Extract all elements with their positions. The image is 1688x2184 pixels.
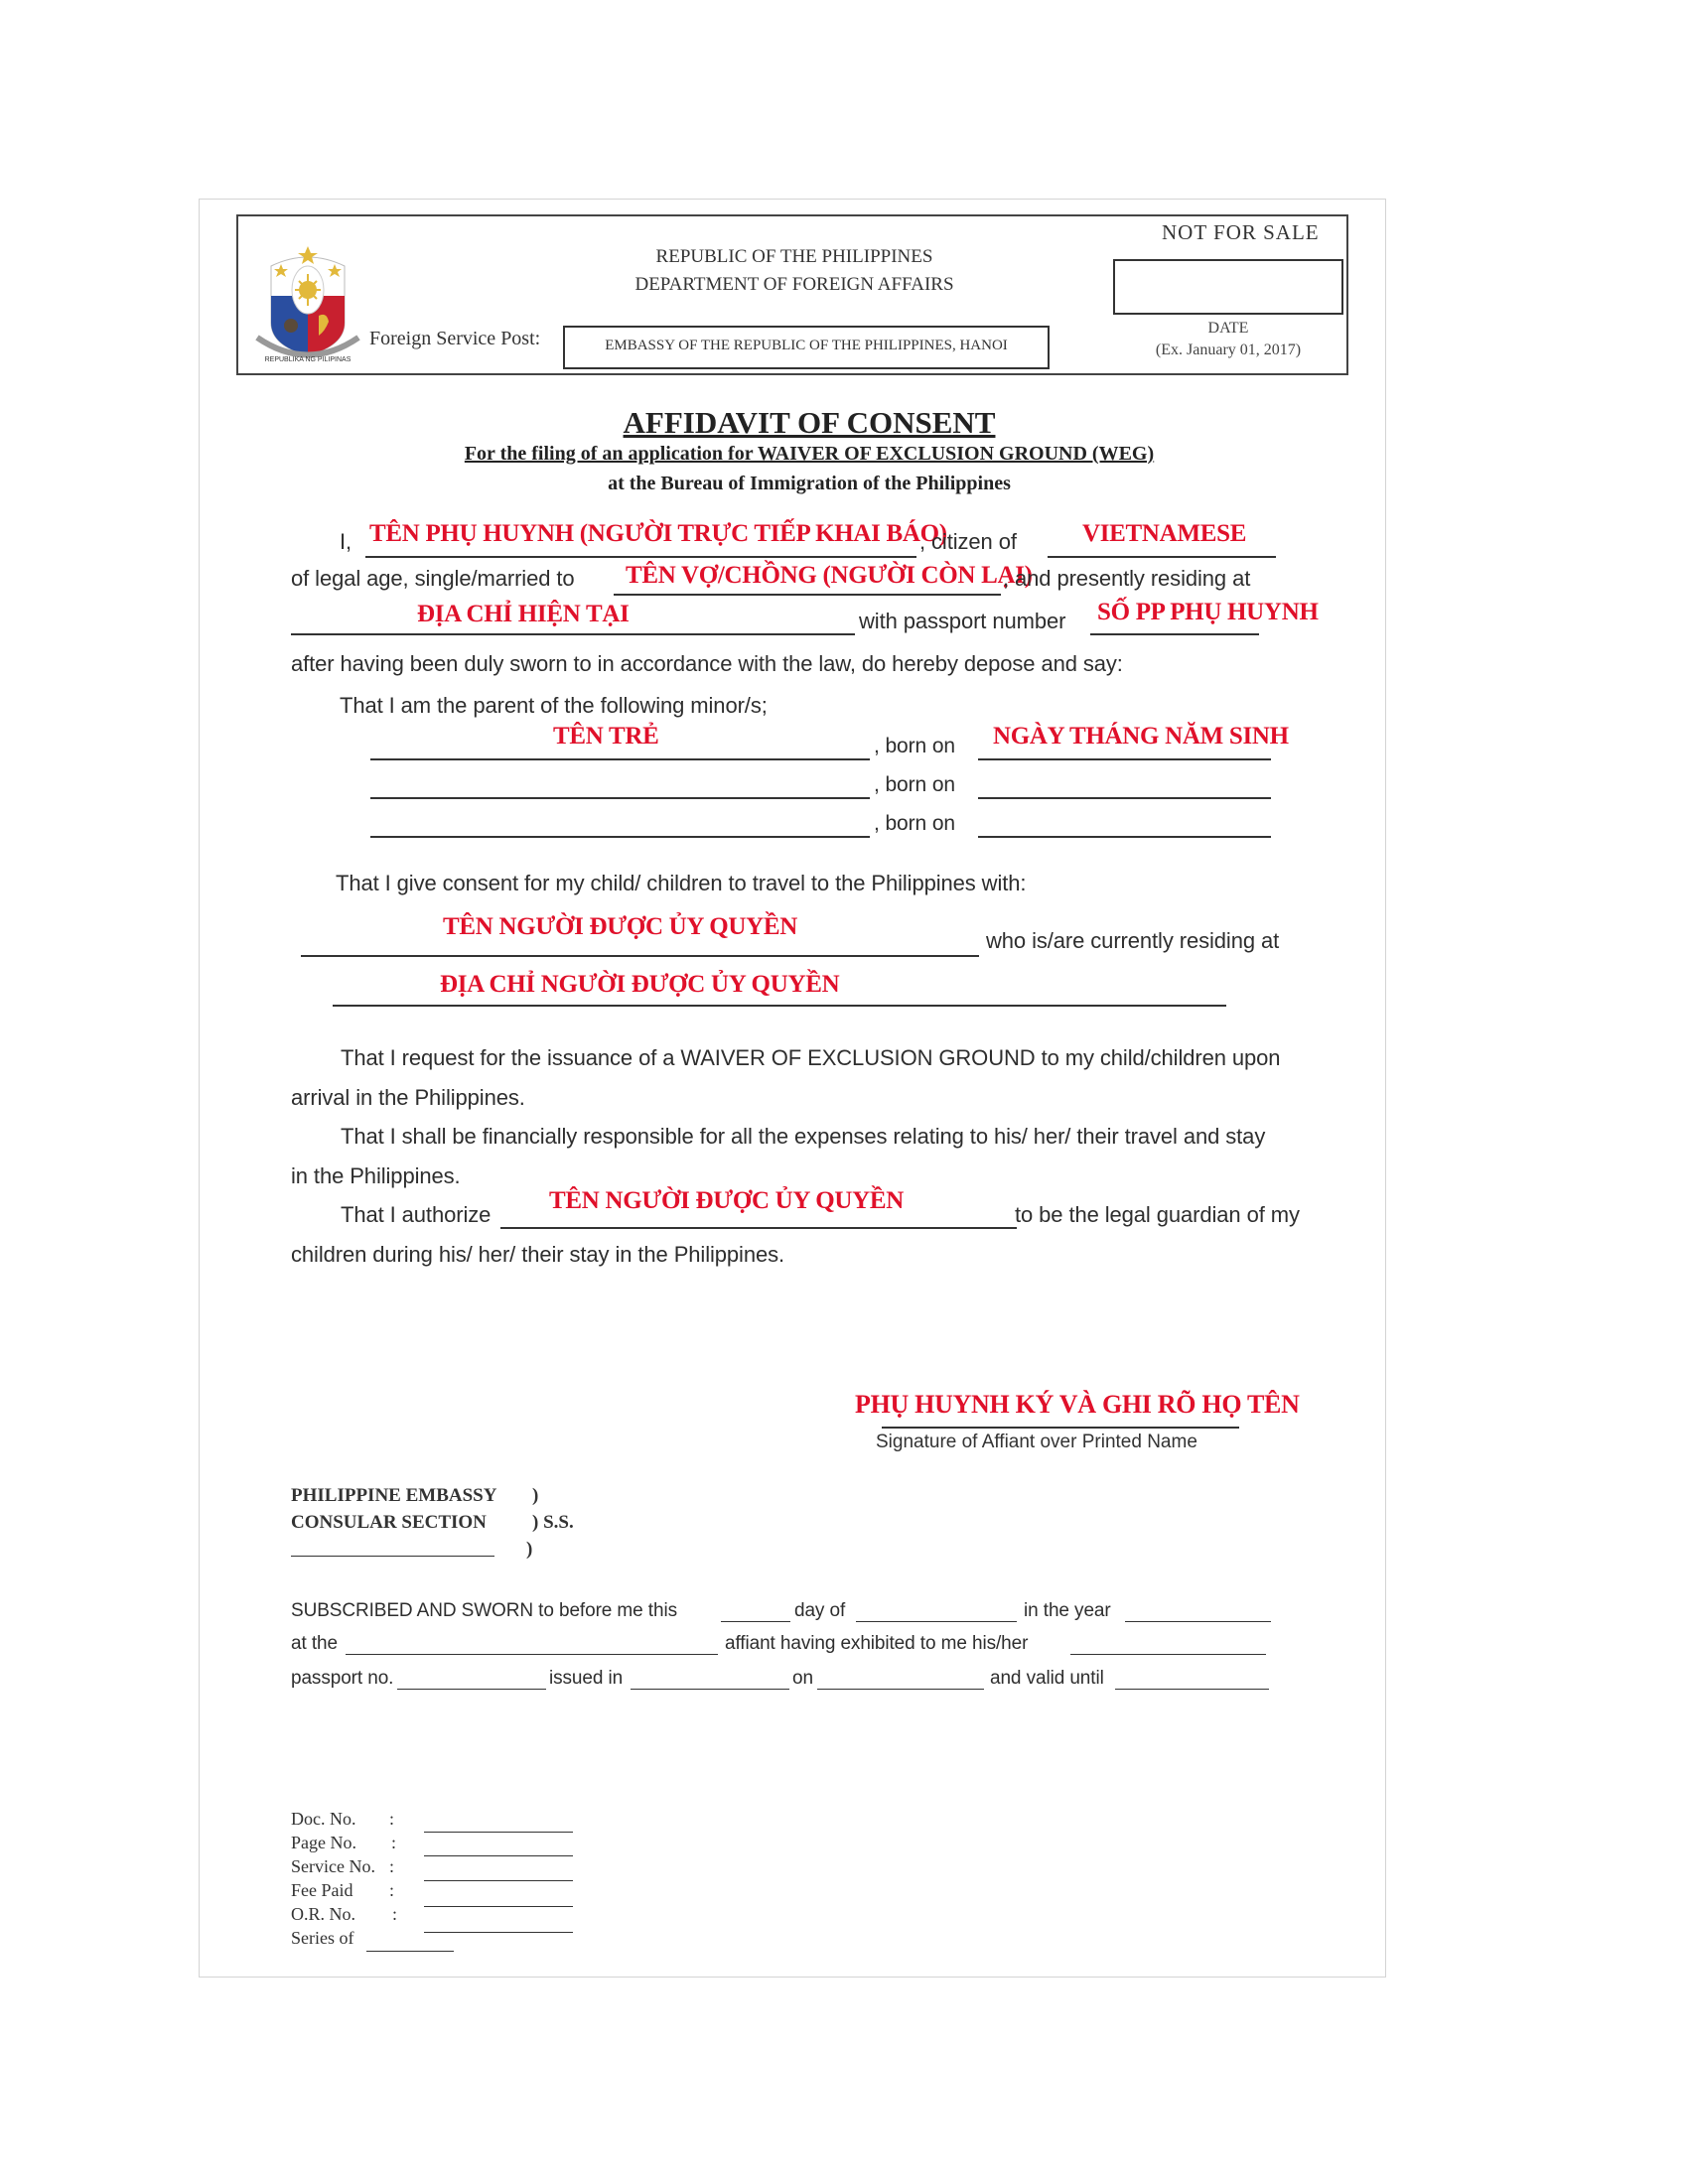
passport-number-label: with passport number	[859, 609, 1065, 634]
svg-text:REPUBLIKA NG PILIPINAS: REPUBLIKA NG PILIPINAS	[265, 356, 352, 363]
notarial-colon: :	[389, 1880, 394, 1901]
notarial-or-no-label: O.R. No.	[291, 1904, 355, 1925]
notarial-fee-paid-label: Fee Paid	[291, 1880, 353, 1901]
consent-intro: That I give consent for my child/ childr…	[336, 871, 1026, 896]
jurat-subscribed-label: SUBSCRIBED AND SWORN to before me this	[291, 1600, 677, 1622]
jurat-valid-until-label: and valid until	[990, 1668, 1104, 1690]
date-field[interactable]	[1113, 259, 1343, 315]
venue-line-2: CONSULAR SECTION	[291, 1512, 487, 1534]
jurat-year-label: in the year	[1024, 1600, 1111, 1622]
notarial-fee-paid-field[interactable]	[424, 1906, 573, 1907]
affiant-prefix: I,	[340, 529, 352, 555]
minor-2-name-line	[370, 797, 870, 799]
guardian-name-line	[500, 1227, 1017, 1229]
header-department: DEPARTMENT OF FOREIGN AFFAIRS	[546, 274, 1043, 296]
jurat-year-field[interactable]	[1125, 1621, 1271, 1622]
citizenship-field[interactable]: VIETNAMESE	[1082, 520, 1246, 548]
companion-address-line	[333, 1005, 1226, 1007]
venue-line-3-mark: )	[526, 1539, 532, 1561]
minor-1-name-field[interactable]: TÊN TRẺ	[553, 723, 659, 751]
jurat-month-field[interactable]	[856, 1621, 1017, 1622]
companion-name-line	[301, 955, 979, 957]
companion-name-field[interactable]: TÊN NGƯỜI ĐƯỢC ỦY QUYỀN	[443, 913, 797, 941]
jurat-issued-in-label: issued in	[549, 1668, 623, 1690]
jurat-valid-until-field[interactable]	[1115, 1689, 1269, 1690]
affiant-name-field[interactable]: TÊN PHỤ HUYNH (NGƯỜI TRỰC TIẾP KHAI BÁO)	[369, 520, 947, 548]
jurat-day-of-label: day of	[794, 1600, 845, 1622]
notarial-doc-no-field[interactable]	[424, 1832, 573, 1833]
minor-3-name-line	[370, 836, 870, 838]
jurat-passport-label: passport no.	[291, 1668, 393, 1690]
financial-paragraph-line-2: in the Philippines.	[291, 1163, 461, 1189]
authorize-paragraph-line-2: children during his/ her/ their stay in …	[291, 1242, 784, 1268]
citizenship-line	[1048, 556, 1276, 558]
minor-3-dob-line	[978, 836, 1271, 838]
venue-line-1-mark: )	[532, 1485, 538, 1507]
address-field[interactable]: ĐỊA CHỈ HIỆN TẠI	[417, 601, 630, 628]
notarial-doc-no-label: Doc. No.	[291, 1809, 356, 1830]
sworn-statement: after having been duly sworn to in accor…	[291, 651, 1123, 677]
companion-residing-label: who is/are currently residing at	[986, 928, 1279, 954]
citizen-of-label: , citizen of	[919, 529, 1017, 555]
signature-field[interactable]: PHỤ HUYNH KÝ VÀ GHI RÕ HỌ TÊN	[855, 1390, 1300, 1420]
minor-3-born-label: , born on	[874, 812, 955, 836]
venue-line-3-blank[interactable]	[291, 1556, 494, 1557]
notarial-service-no-field[interactable]	[424, 1880, 573, 1881]
signature-line	[882, 1427, 1239, 1429]
foreign-service-post-value: EMBASSY OF THE REPUBLIC OF THE PHILIPPIN…	[565, 338, 1048, 354]
residing-at-label: , and presently residing at	[1003, 566, 1250, 592]
document-subtitle-2: at the Bureau of Immigration of the Phil…	[0, 473, 1618, 495]
married-to-label: of legal age, single/married to	[291, 566, 575, 592]
minor-1-dob-field[interactable]: NGÀY THÁNG NĂM SINH	[993, 723, 1289, 751]
notarial-colon: :	[391, 1833, 396, 1853]
date-label: DATE	[1113, 320, 1343, 338]
financial-paragraph-line-1: That I shall be financially responsible …	[341, 1124, 1265, 1150]
minor-1-dob-line	[978, 758, 1271, 760]
notarial-colon: :	[389, 1809, 394, 1830]
signature-caption: Signature of Affiant over Printed Name	[876, 1432, 1197, 1453]
guardian-name-field[interactable]: TÊN NGƯỜI ĐƯỢC ỦY QUYỀN	[549, 1187, 904, 1215]
foreign-service-post-label: Foreign Service Post:	[369, 328, 540, 350]
document-title: AFFIDAVIT OF CONSENT	[0, 405, 1618, 441]
affiant-name-line	[365, 556, 916, 558]
jurat-exhibited-label: affiant having exhibited to me his/her	[725, 1633, 1028, 1655]
minor-1-born-label: , born on	[874, 735, 955, 758]
jurat-place-field[interactable]	[346, 1654, 718, 1655]
notarial-service-no-label: Service No.	[291, 1856, 375, 1877]
minor-1-name-line	[370, 758, 870, 760]
date-example: (Ex. January 01, 2017)	[1113, 341, 1343, 359]
notarial-colon: :	[392, 1904, 397, 1925]
notarial-page-no-label: Page No.	[291, 1833, 356, 1853]
not-for-sale-label: NOT FOR SALE	[1162, 220, 1320, 245]
minor-2-dob-line	[978, 797, 1271, 799]
jurat-at-the-label: at the	[291, 1633, 338, 1655]
request-paragraph-line-2: arrival in the Philippines.	[291, 1085, 525, 1111]
notarial-series-field[interactable]	[366, 1951, 454, 1952]
authorize-suffix: to be the legal guardian of my	[1015, 1202, 1300, 1228]
jurat-passport-field[interactable]	[397, 1689, 546, 1690]
notarial-page-no-field[interactable]	[424, 1855, 573, 1856]
jurat-on-field[interactable]	[817, 1689, 984, 1690]
jurat-document-field[interactable]	[1070, 1654, 1266, 1655]
minor-2-born-label: , born on	[874, 773, 955, 797]
venue-line-2-mark: ) S.S.	[532, 1512, 574, 1534]
notarial-or-no-field[interactable]	[424, 1932, 573, 1933]
minors-intro: That I am the parent of the following mi…	[340, 693, 768, 719]
document-subtitle-1: For the filing of an application for WAI…	[0, 443, 1618, 466]
venue-line-1: PHILIPPINE EMBASSY	[291, 1485, 496, 1507]
passport-line	[1090, 633, 1259, 635]
notarial-series-label: Series of	[291, 1928, 353, 1949]
address-line	[291, 633, 855, 635]
philippine-seal-icon: REPUBLIKA NG PILIPINAS	[253, 238, 362, 367]
companion-address-field[interactable]: ĐỊA CHỈ NGƯỜI ĐƯỢC ỦY QUYỀN	[440, 971, 839, 999]
notarial-colon: :	[389, 1856, 394, 1877]
request-paragraph-line-1: That I request for the issuance of a WAI…	[341, 1045, 1280, 1071]
spouse-field[interactable]: TÊN VỢ/CHỒNG (NGƯỜI CÒN LẠI)	[626, 562, 1033, 590]
spouse-line	[614, 594, 1001, 596]
jurat-day-field[interactable]	[721, 1621, 790, 1622]
authorize-prefix: That I authorize	[341, 1202, 491, 1228]
header-country: REPUBLIC OF THE PHILIPPINES	[546, 246, 1043, 268]
jurat-issued-in-field[interactable]	[631, 1689, 789, 1690]
foreign-service-post-field[interactable]: EMBASSY OF THE REPUBLIC OF THE PHILIPPIN…	[563, 326, 1050, 369]
passport-number-field[interactable]: SỐ PP PHỤ HUYNH	[1097, 599, 1319, 626]
jurat-on-label: on	[792, 1668, 813, 1690]
